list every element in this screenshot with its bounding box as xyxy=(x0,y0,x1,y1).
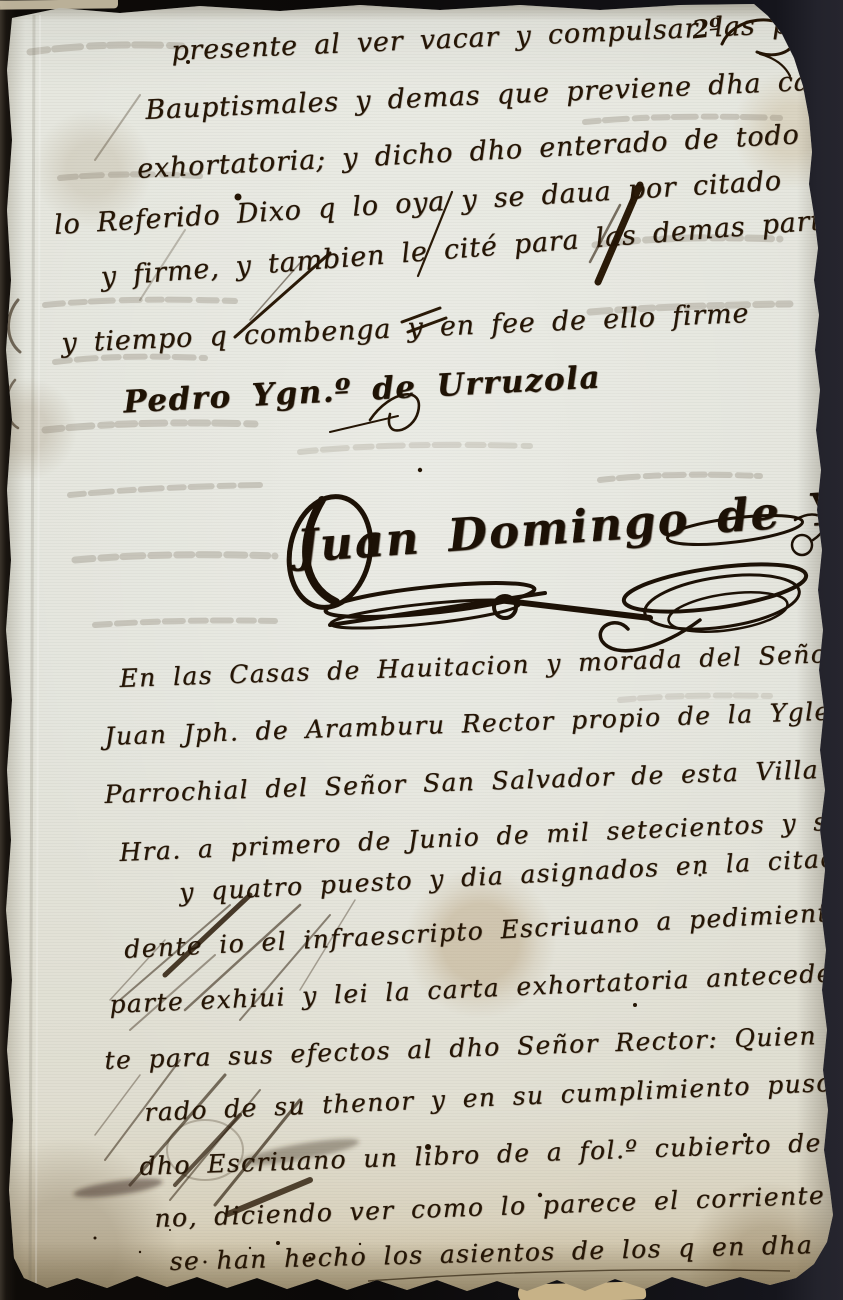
page-fold-line xyxy=(30,15,40,1290)
adjacent-page-edge xyxy=(0,0,118,10)
manuscript-line: no, diciendo ver como lo parece el corri… xyxy=(154,1175,843,1233)
manuscript-line: dho Escriuano un libro de a fol.º cubier… xyxy=(139,1123,843,1181)
manuscript-line: dente io el infraescripto Escriuano a pe… xyxy=(123,894,843,964)
manuscript-line: presente al ver vacar y compulsar las pa… xyxy=(171,5,843,67)
ruled-line xyxy=(368,1270,790,1281)
manuscript-line: y tiempo q combenga y en fee de ello fir… xyxy=(61,298,750,359)
rector-signature: Juan Domingo de Ysla xyxy=(295,476,843,572)
manuscript-line: te para sus efectos al dho Señor Rector:… xyxy=(104,1018,843,1075)
manuscript-line: Parrochial del Señor San Salvador de est… xyxy=(104,753,843,809)
manuscript-line: Bauptismales y demas que previene dha ca… xyxy=(145,64,843,126)
manuscript-line: parte exhiui y lei la carta exhortatoria… xyxy=(109,957,843,1019)
clerk-signature: Pedro Ygn.º de Urruzola xyxy=(122,360,601,421)
manuscript-page: 2º presente al ver vacar y compulsar las… xyxy=(0,0,843,1300)
manuscript-line: se han hecho los asientos de los q en dh… xyxy=(169,1226,843,1276)
manuscript-line: En las Casas de Hauitacion y morada del … xyxy=(119,637,843,693)
manuscript-line: Juan Jph. de Aramburu Rector propio de l… xyxy=(104,695,843,751)
manuscript-line: rado de su thenor y en su cumplimiento p… xyxy=(144,1061,843,1127)
